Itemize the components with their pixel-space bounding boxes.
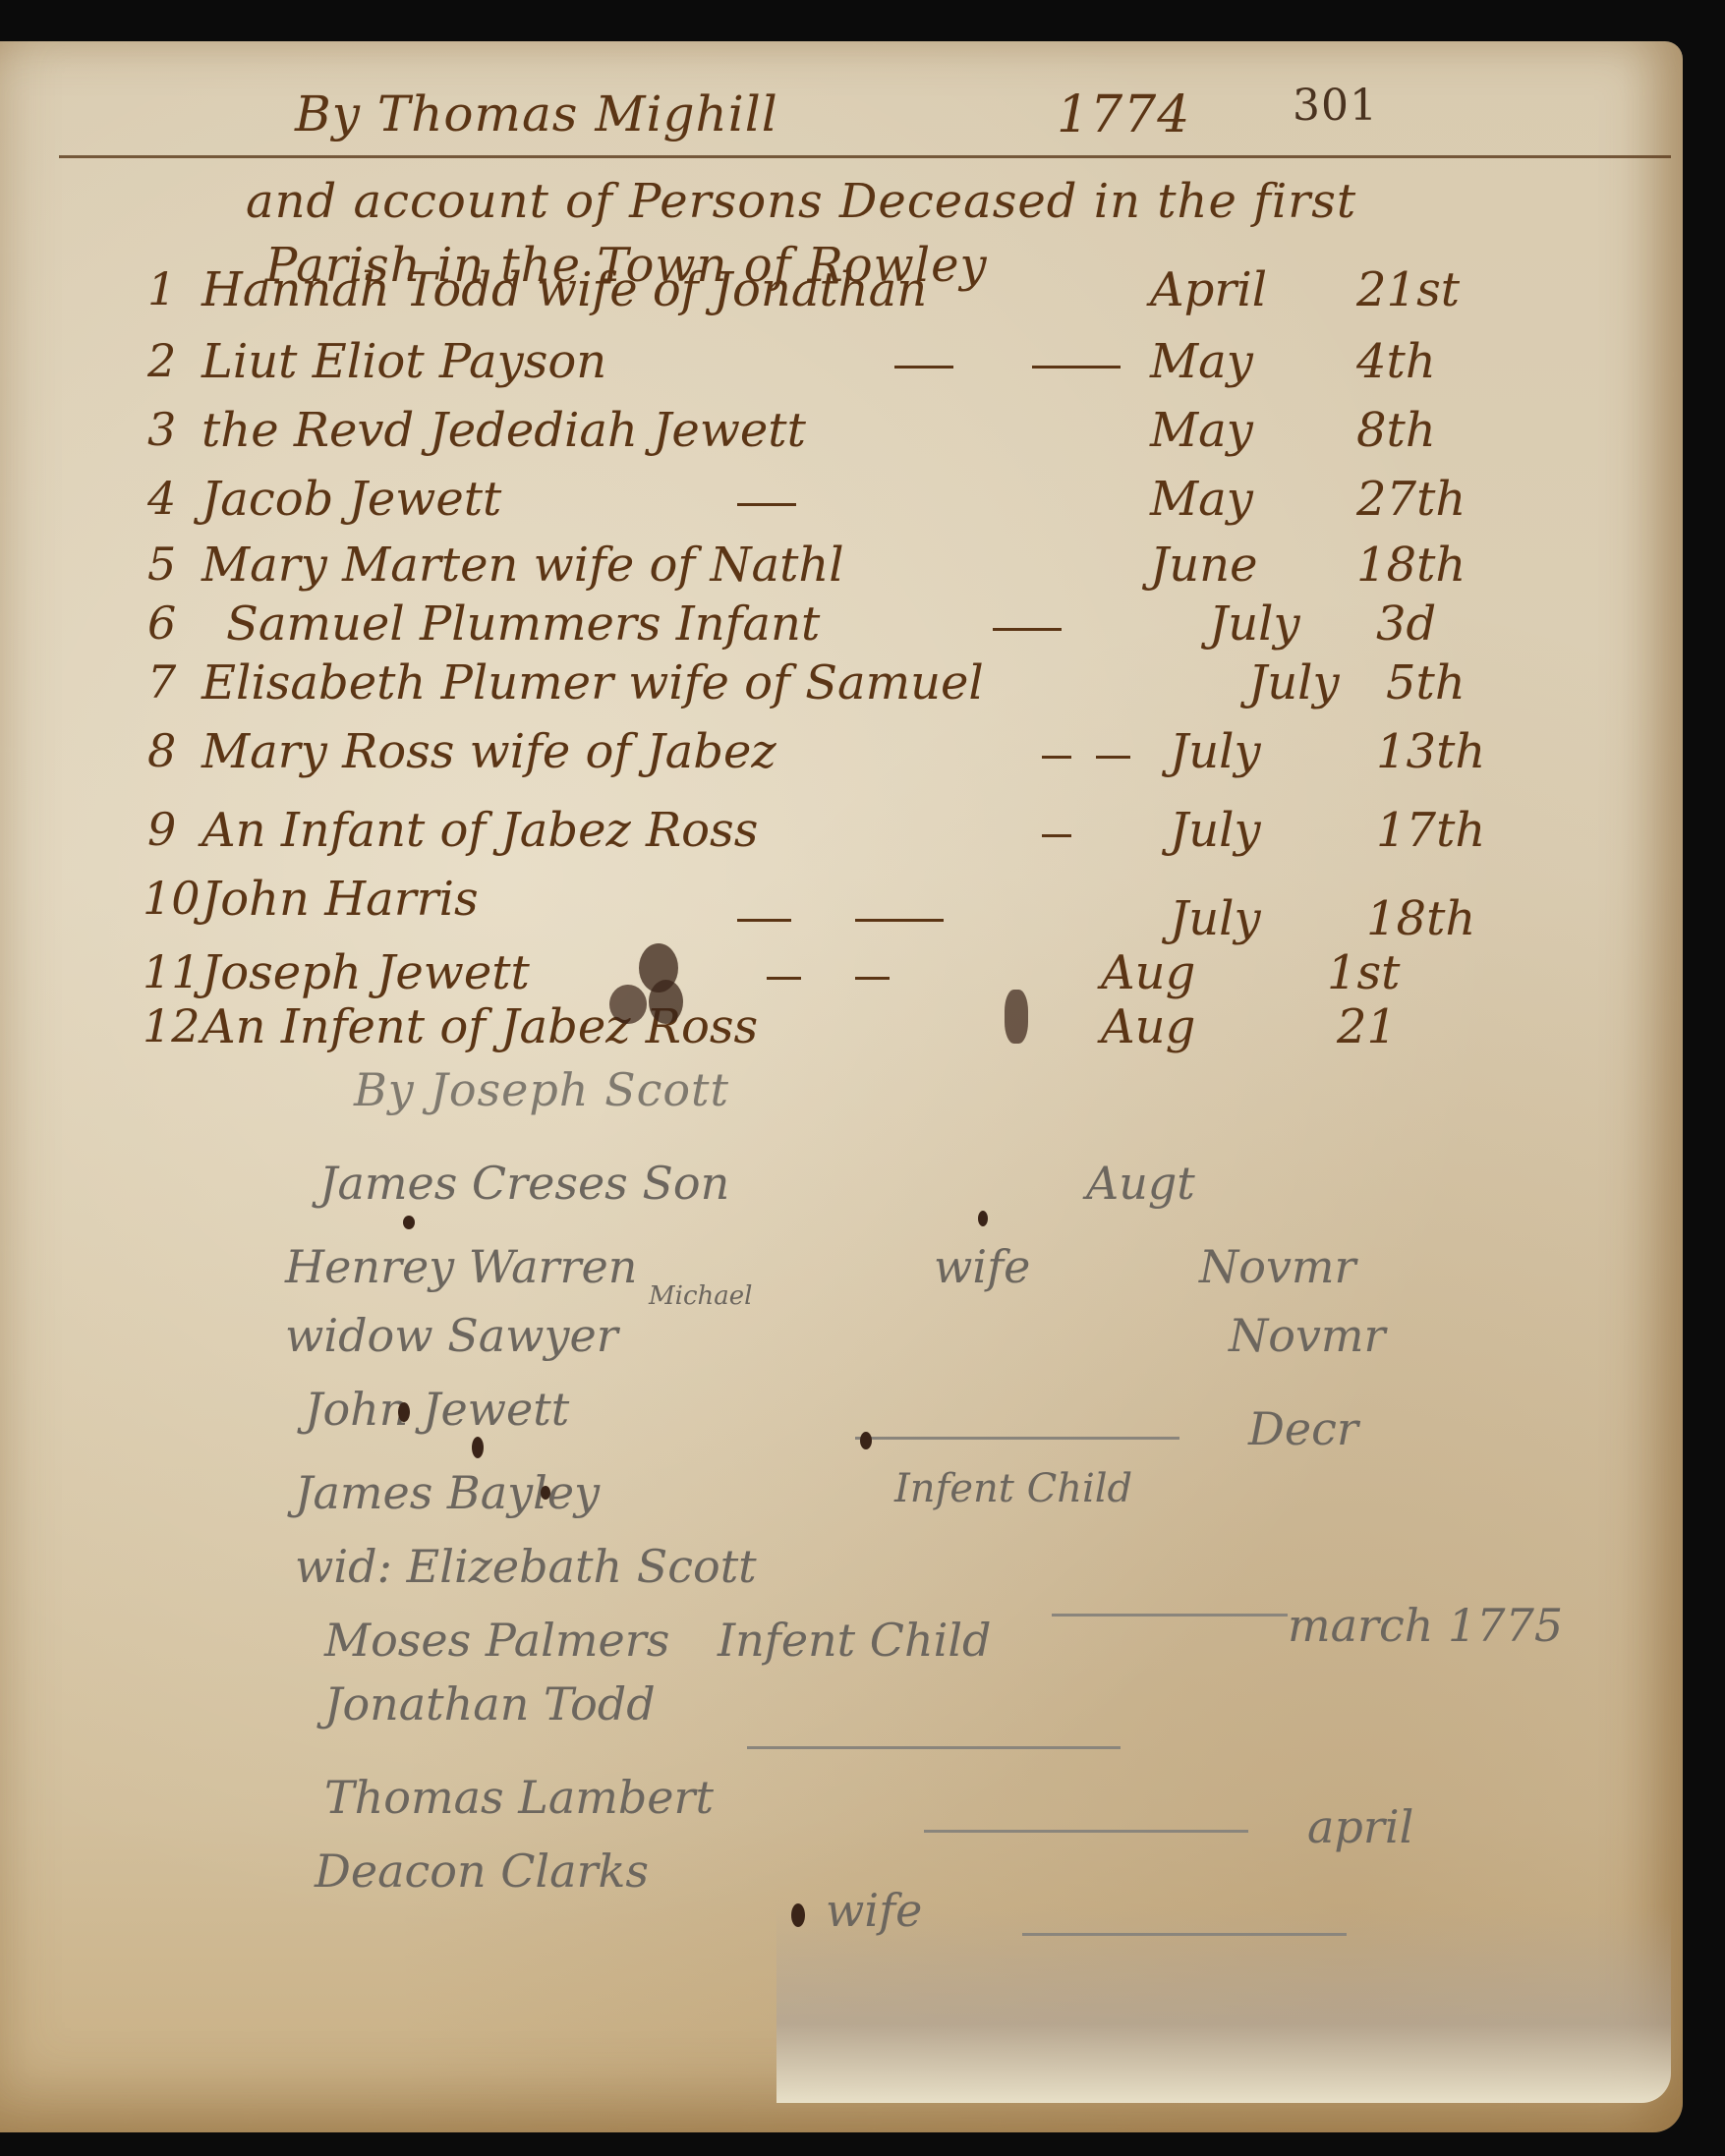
entry-number: 4 — [147, 472, 176, 525]
ink-spot — [860, 1432, 872, 1449]
entry-month: July — [1170, 803, 1261, 858]
entry-row: 2 Liut Eliot Payson May 4th — [147, 334, 1524, 393]
separator-dash — [924, 1830, 1248, 1833]
faded-entry-name: Thomas Lambert — [324, 1771, 714, 1824]
separator-dash — [855, 1437, 1179, 1440]
entry-number: 9 — [147, 803, 176, 856]
entry-month: May — [1150, 403, 1253, 458]
entry-number: 12 — [143, 999, 201, 1052]
entry-number: 8 — [147, 724, 176, 777]
faded-entry-note: Infent Child — [718, 1614, 991, 1667]
entry-month: Aug — [1101, 945, 1195, 1000]
faded-entry-note: Infent Child — [894, 1466, 1132, 1511]
faded-entry-date: april — [1307, 1800, 1413, 1853]
entry-number: 10 — [143, 872, 201, 925]
separator-dash — [894, 366, 953, 369]
faded-entry-name: widow Sawyer — [285, 1309, 618, 1362]
page-number: 301 — [1293, 81, 1378, 131]
entry-day: 21 — [1337, 999, 1397, 1054]
entry-name: Elisabeth Plumer wife of Samuel — [201, 655, 984, 710]
faded-entry-note: wife — [826, 1884, 922, 1937]
second-section-title: By Joseph Scott — [354, 1063, 729, 1116]
separator-dash — [1032, 366, 1121, 369]
entry-day: 27th — [1356, 472, 1466, 527]
entry-number: 6 — [147, 596, 176, 650]
entry-name: the Revd Jedediah Jewett — [201, 403, 806, 458]
entry-day: 18th — [1356, 538, 1466, 593]
entry-row: 6 Samuel Plummers Infant July 3d — [147, 596, 1524, 655]
entry-name: An Infant of Jabez Ross — [201, 803, 758, 858]
separator-dash — [855, 919, 944, 922]
ink-blot — [609, 985, 647, 1024]
entry-row: 11 Joseph Jewett Aug 1st — [147, 945, 1524, 1004]
faded-entry-date: Novmr — [1229, 1309, 1386, 1362]
faded-entry-name: Moses Palmers — [324, 1614, 669, 1667]
faded-entry-name: John Jewett — [305, 1383, 569, 1436]
ink-spot — [791, 1903, 805, 1927]
entry-month: July — [1170, 891, 1261, 946]
entry-name: Joseph Jewett — [201, 945, 530, 1000]
entry-month: Aug — [1101, 999, 1195, 1054]
entry-row: 10 John Harris July 18th — [147, 872, 1524, 931]
entry-number: 1 — [147, 262, 176, 315]
entry-row: 8 Mary Ross wife of Jabez July 13th — [147, 724, 1524, 783]
entry-number: 2 — [147, 334, 176, 387]
separator-dash — [767, 977, 801, 980]
entry-name: Mary Marten wife of Nathl — [201, 538, 844, 593]
faded-entry-name: wid: Elizebath Scott — [295, 1540, 757, 1593]
separator-dash — [1042, 756, 1071, 759]
entry-row: 5 Mary Marten wife of Nathl June 18th — [147, 538, 1524, 596]
entry-day: 21st — [1356, 262, 1460, 317]
intro-line-1: and account of Persons Deceased in the f… — [246, 174, 1356, 229]
entry-row: 4 Jacob Jewett May 27th — [147, 472, 1524, 531]
separator-dash — [1052, 1614, 1288, 1617]
entry-month: May — [1150, 334, 1253, 389]
ink-spot — [978, 1211, 988, 1226]
faded-entry-date: Decr — [1248, 1402, 1358, 1455]
faded-entry-date: Augt — [1086, 1157, 1195, 1210]
faded-entry-name: James Creses Son — [319, 1157, 729, 1210]
entry-row: 1 Hannah Todd wife of Jonathan April 21s… — [147, 262, 1524, 321]
faded-entry-date: march 1775 — [1288, 1599, 1563, 1652]
separator-dash — [737, 919, 791, 922]
entry-number: 11 — [143, 945, 201, 998]
entry-month: July — [1170, 724, 1261, 779]
faded-entry-name: Jonathan Todd — [324, 1677, 656, 1730]
header-year: 1774 — [1057, 85, 1190, 144]
faded-entry-note: wife — [934, 1240, 1030, 1293]
entry-day: 3d — [1376, 596, 1436, 652]
faded-entry-name: James Bayley — [295, 1466, 600, 1519]
ink-blot — [1005, 990, 1028, 1044]
entry-month: April — [1150, 262, 1267, 317]
faded-entry-date: Novmr — [1199, 1240, 1356, 1293]
manuscript-page: By Thomas Mighill 1774 301 and account o… — [0, 41, 1683, 2132]
entry-number: 3 — [147, 403, 176, 456]
entry-month: May — [1150, 472, 1253, 527]
entry-day: 5th — [1386, 655, 1466, 710]
entry-number: 7 — [147, 655, 176, 709]
entry-day: 4th — [1356, 334, 1436, 389]
header-title: By Thomas Mighill — [295, 85, 778, 142]
entry-row: 12 An Infent of Jabez Ross Aug 21 — [147, 999, 1524, 1058]
ink-spot — [472, 1437, 484, 1458]
entry-month: July — [1248, 655, 1340, 710]
faded-entry-note: Michael — [649, 1281, 752, 1311]
header-rule-line — [59, 155, 1671, 158]
entry-row: 9 An Infant of Jabez Ross July 17th — [147, 803, 1524, 862]
ink-spot — [541, 1486, 550, 1500]
entry-name: Jacob Jewett — [201, 472, 501, 527]
entry-name: Samuel Plummers Infant — [226, 596, 820, 652]
entry-name: Hannah Todd wife of Jonathan — [201, 262, 927, 317]
entry-name: John Harris — [201, 872, 479, 927]
separator-dash — [747, 1746, 1121, 1749]
entry-day: 8th — [1356, 403, 1436, 458]
entry-name: Liut Eliot Payson — [201, 334, 606, 389]
ink-spot — [403, 1216, 415, 1229]
ink-spot — [398, 1402, 410, 1422]
entry-month: July — [1209, 596, 1300, 652]
separator-dash — [737, 503, 796, 506]
faded-entry-name: Henrey Warren — [285, 1240, 637, 1293]
entry-month: June — [1150, 538, 1257, 593]
separator-dash — [855, 977, 890, 980]
entry-day: 1st — [1327, 945, 1400, 1000]
entry-day: 17th — [1376, 803, 1485, 858]
separator-dash — [1096, 756, 1130, 759]
entry-day: 13th — [1376, 724, 1485, 779]
entry-row: 7 Elisabeth Plumer wife of Samuel July 5… — [147, 655, 1524, 714]
separator-dash — [1042, 834, 1071, 837]
separator-dash — [993, 628, 1062, 631]
entry-row: 3 the Revd Jedediah Jewett May 8th — [147, 403, 1524, 462]
faded-entry-name: Deacon Clarks — [315, 1844, 649, 1898]
entry-name: Mary Ross wife of Jabez — [201, 724, 776, 779]
separator-dash — [1022, 1933, 1347, 1936]
ink-blot — [649, 980, 683, 1024]
entry-number: 5 — [147, 538, 176, 591]
entry-day: 18th — [1366, 891, 1475, 946]
